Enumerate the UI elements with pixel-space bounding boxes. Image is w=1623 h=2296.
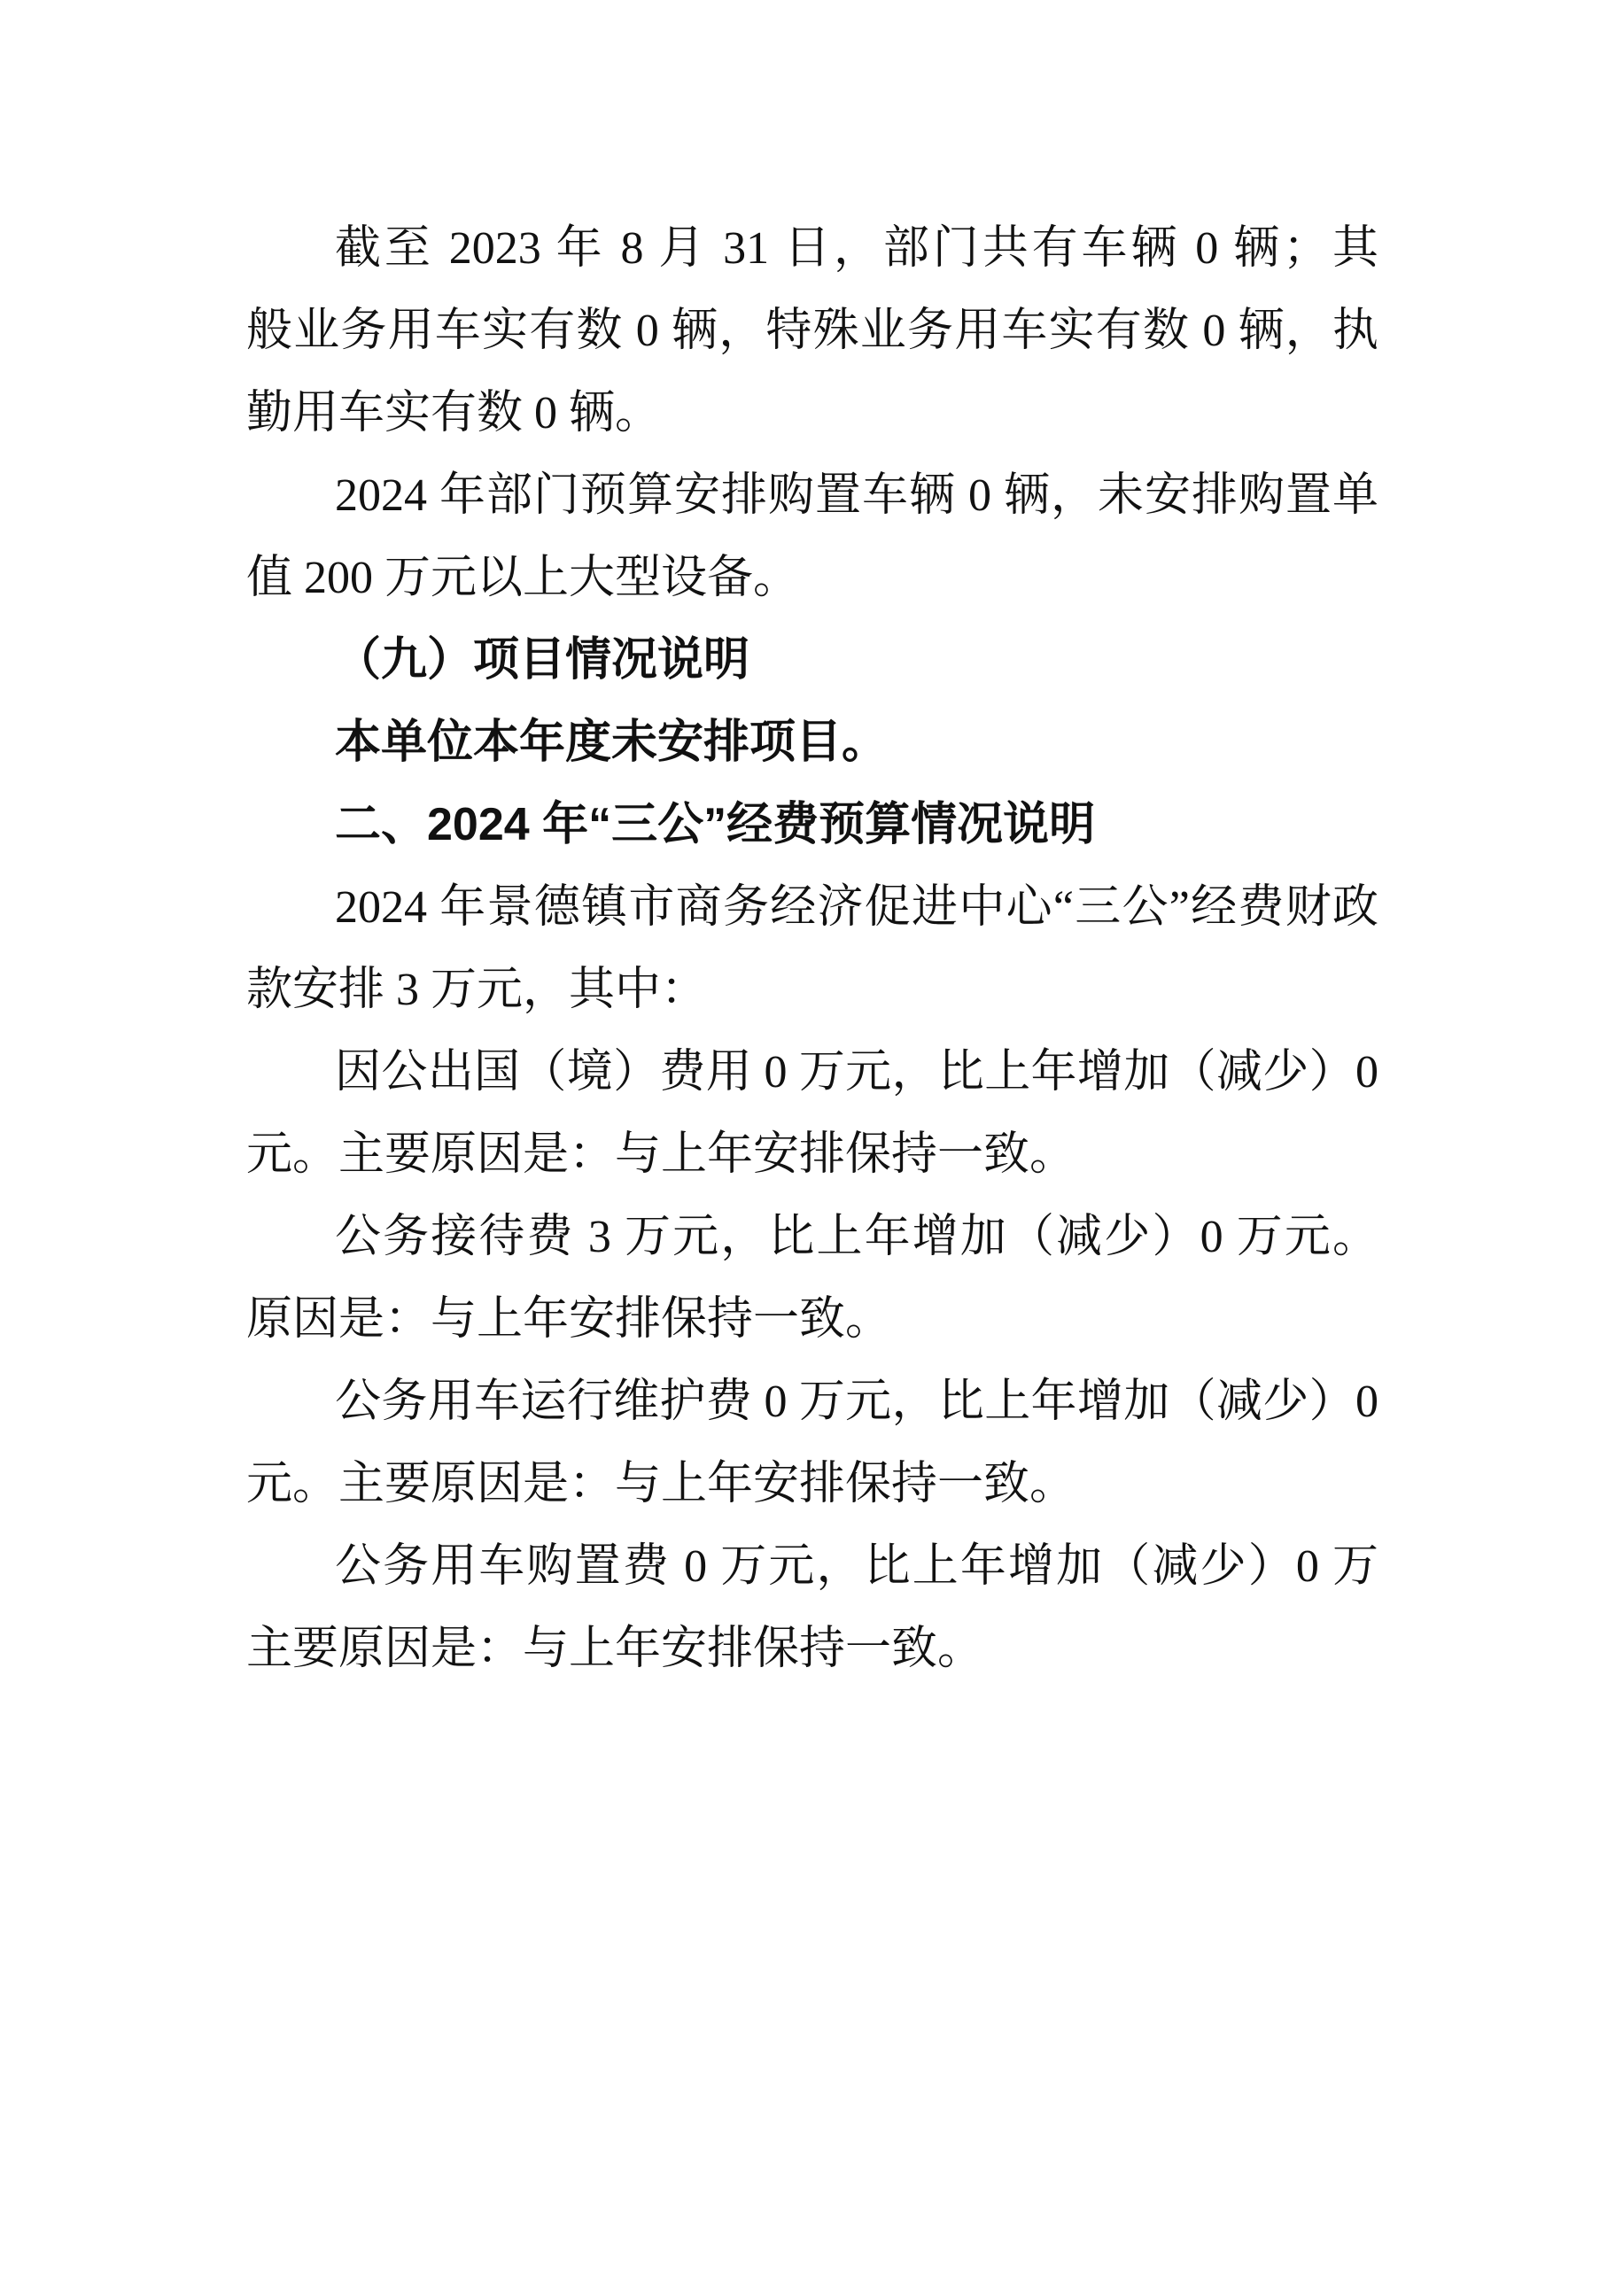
text-line: 元。主要原因是：与上年安排保持一致。 [246, 1113, 1378, 1196]
text-line: 本单位本年度未安排项目。 [246, 702, 1378, 784]
text-line: 原因是：与上年安排保持一致。 [246, 1278, 1378, 1361]
paragraph: 因公出国（境）费用 0 万元，比上年增加（减少）0 万元。主要原因是：与上年安排… [246, 1031, 1378, 1196]
text-line: 主要原因是：与上年安排保持一致。 [246, 1608, 1378, 1690]
document-body: 截至 2023 年 8 月 31 日，部门共有车辆 0 辆；其中：一般业务用车实… [246, 207, 1378, 1690]
text-line: 二、2024 年“三公”经费预算情况说明 [246, 784, 1378, 866]
paragraph: 公务用车购置费 0 万元，比上年增加（减少）0 万元。主要原因是：与上年安排保持… [246, 1525, 1378, 1690]
paragraph: 公务接待费 3 万元，比上年增加（减少）0 万元。主要原因是：与上年安排保持一致… [246, 1196, 1378, 1361]
text-line: 勤用车实有数 0 辆。 [246, 372, 1378, 454]
text-line: 公务用车运行维护费 0 万元，比上年增加（减少）0 万 [246, 1361, 1378, 1443]
paragraph: （九）项目情况说明 [246, 619, 1378, 702]
paragraph: 2024 年景德镇市商务经济促进中心“三公”经费财政拨款安排 3 万元，其中： [246, 866, 1378, 1031]
text-line: （九）项目情况说明 [246, 619, 1378, 702]
text-line: 款安排 3 万元，其中： [246, 949, 1378, 1031]
text-line: 元。主要原因是：与上年安排保持一致。 [246, 1443, 1378, 1525]
text-line: 公务用车购置费 0 万元，比上年增加（减少）0 万元。 [246, 1525, 1378, 1608]
paragraph: 截至 2023 年 8 月 31 日，部门共有车辆 0 辆；其中：一般业务用车实… [246, 207, 1378, 454]
document-page: 截至 2023 年 8 月 31 日，部门共有车辆 0 辆；其中：一般业务用车实… [0, 0, 1623, 2296]
paragraph: 二、2024 年“三公”经费预算情况说明 [246, 784, 1378, 866]
paragraph: 本单位本年度未安排项目。 [246, 702, 1378, 784]
text-line: 公务接待费 3 万元，比上年增加（减少）0 万元。主要 [246, 1196, 1378, 1278]
text-line: 截至 2023 年 8 月 31 日，部门共有车辆 0 辆；其中：一 [246, 207, 1378, 290]
text-line: 2024 年景德镇市商务经济促进中心“三公”经费财政拨 [246, 866, 1378, 949]
text-line: 因公出国（境）费用 0 万元，比上年增加（减少）0 万 [246, 1031, 1378, 1113]
text-line: 值 200 万元以上大型设备。 [246, 537, 1378, 619]
paragraph: 公务用车运行维护费 0 万元，比上年增加（减少）0 万元。主要原因是：与上年安排… [246, 1361, 1378, 1525]
text-line: 2024 年部门预算安排购置车辆 0 辆，未安排购置单位价 [246, 454, 1378, 537]
text-line: 般业务用车实有数 0 辆，特殊业务用车实有数 0 辆，执法执 [246, 290, 1378, 372]
paragraph: 2024 年部门预算安排购置车辆 0 辆，未安排购置单位价值 200 万元以上大… [246, 454, 1378, 619]
